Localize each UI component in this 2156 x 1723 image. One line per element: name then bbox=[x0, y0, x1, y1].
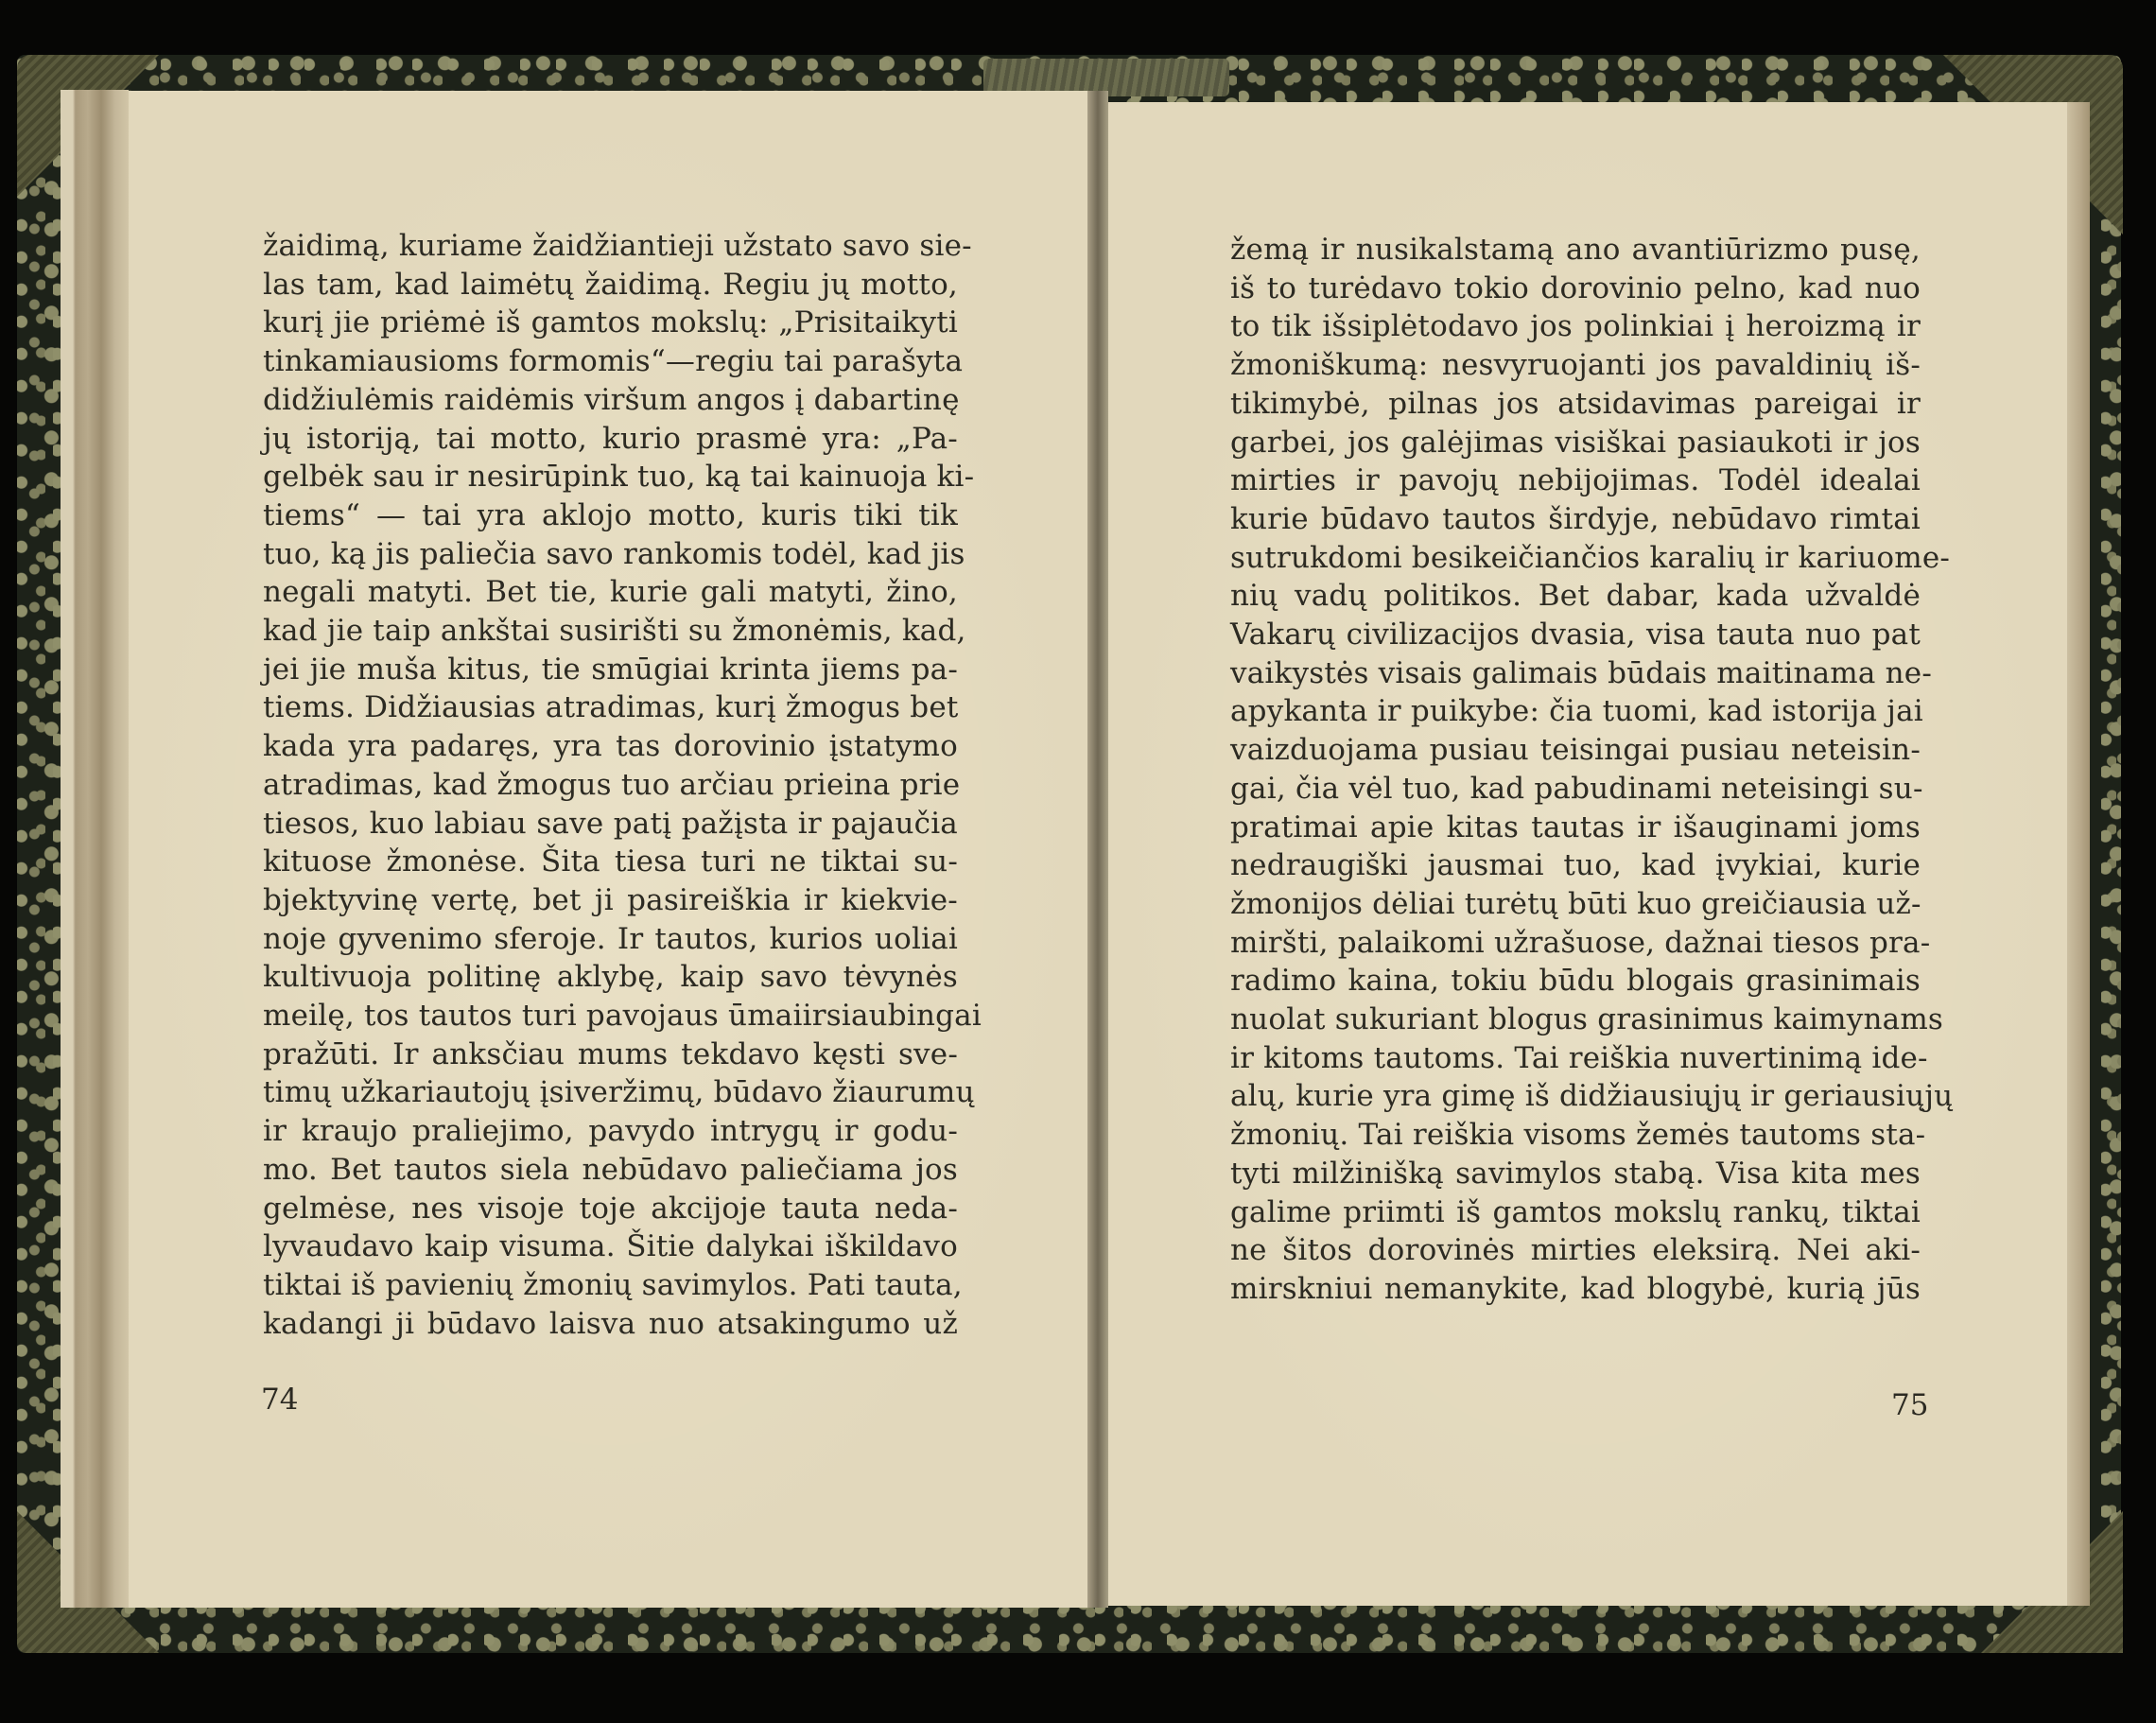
text-line: tinkamiausioms formomis“—regiu tai paraš… bbox=[263, 342, 958, 381]
text-line: nių vadų politikos. Bet dabar, kada užva… bbox=[1230, 577, 1921, 616]
text-line: didžiulėmis raidėmis viršum angos į daba… bbox=[263, 381, 958, 420]
text-line: gai, čia vėl tuo, kad pabudinami neteisi… bbox=[1230, 770, 1921, 809]
text-line: timų užkariautojų įsiveržimų, būdavo žia… bbox=[263, 1073, 958, 1112]
text-line: sutrukdomi besikeičiančios karalių ir ka… bbox=[1230, 539, 1921, 578]
text-line: pratimai apie kitas tautas ir išauginami… bbox=[1230, 809, 1921, 847]
text-line: lyvaudavo kaip visuma. Šitie dalykai išk… bbox=[263, 1227, 958, 1266]
text-line: vaikystės visais galimais būdais maitina… bbox=[1230, 654, 1921, 693]
text-line: kurie būdavo tautos širdyje, nebūdavo ri… bbox=[1230, 500, 1921, 539]
text-line: gelmėse, nes visoje toje akcijoje tauta … bbox=[263, 1190, 958, 1228]
text-line: tiems“ — tai yra aklojo motto, kuris tik… bbox=[263, 496, 958, 535]
text-line: alų, kurie yra gimę iš didžiausiųjų ir g… bbox=[1230, 1077, 1921, 1116]
text-line: jei jie muša kitus, tie smūgiai krinta j… bbox=[263, 651, 958, 689]
text-line: meilę, tos tautos turi pavojaus ūmaiirsi… bbox=[263, 997, 958, 1036]
text-line: mirskniui nemanykite, kad blogybė, kurią… bbox=[1230, 1270, 1921, 1309]
text-line: apykanta ir puikybe: čia tuomi, kad isto… bbox=[1230, 692, 1921, 731]
text-line: kultivuoja politinę aklybę, kaip savo tė… bbox=[263, 958, 958, 997]
text-line: las tam, kad laimėtų žaidimą. Regiu jų m… bbox=[263, 266, 958, 305]
text-line: žemą ir nusikalstamą ano avantiūrizmo pu… bbox=[1230, 231, 1921, 270]
text-line: galime priimti iš gamtos mokslų rankų, t… bbox=[1230, 1193, 1921, 1232]
text-line: nuolat sukuriant blogus grasinimus kaimy… bbox=[1230, 1001, 1921, 1039]
page-stack-edge-left bbox=[61, 90, 129, 1608]
text-line: tikimybė, pilnas jos atsidavimas pareiga… bbox=[1230, 385, 1921, 424]
text-line: kituose žmonėse. Šita tiesa turi ne tikt… bbox=[263, 843, 958, 881]
text-line: nedraugiški jausmai tuo, kad įvykiai, ku… bbox=[1230, 846, 1921, 885]
text-line: kada yra padaręs, yra tas dorovinio įsta… bbox=[263, 727, 958, 766]
text-line: ir kraujo praliejimo, pavydo intrygų ir … bbox=[263, 1112, 958, 1151]
text-line: mirties ir pavojų nebijojimas. Todėl ide… bbox=[1230, 461, 1921, 500]
text-line: vaizduojama pusiau teisingai pusiau nete… bbox=[1230, 731, 1921, 770]
text-line: radimo kaina, tokiu būdu blogais grasini… bbox=[1230, 962, 1921, 1001]
text-line: Vakarų civilizacijos dvasia, visa tauta … bbox=[1230, 616, 1921, 654]
text-line: kad jie taip ankštai susirišti su žmonėm… bbox=[263, 612, 958, 651]
right-page-body: žemą ir nusikalstamą ano avantiūrizmo pu… bbox=[1230, 231, 1921, 1309]
text-line: mo. Bet tautos siela nebūdavo paliečiama… bbox=[263, 1151, 958, 1190]
text-line: to tik išsiplėtodavo jos polinkiai į her… bbox=[1230, 307, 1921, 346]
text-line: tuo, ką jis paliečia savo rankomis todėl… bbox=[263, 535, 958, 574]
text-line: atradimas, kad žmogus tuo arčiau prieina… bbox=[263, 766, 958, 805]
text-line: kadangi ji būdavo laisva nuo atsakingumo… bbox=[263, 1305, 958, 1344]
text-line: iš to turėdavo tokio dorovinio pelno, ka… bbox=[1230, 270, 1921, 308]
text-line: garbei, jos galėjimas visiškai pasiaukot… bbox=[1230, 424, 1921, 462]
text-line: žmonių. Tai reiškia visoms žemės tautoms… bbox=[1230, 1116, 1921, 1155]
page-stack-edge-right bbox=[2065, 102, 2090, 1606]
text-line: bjektyvinę vertę, bet ji pasireiškia ir … bbox=[263, 881, 958, 920]
text-line: gelbėk sau ir nesirūpink tuo, ką tai kai… bbox=[263, 458, 958, 496]
text-line: ne šitos dorovinės mirties eleksirą. Nei… bbox=[1230, 1231, 1921, 1270]
text-line: tyti milžinišką savimylos stabą. Visa ki… bbox=[1230, 1155, 1921, 1193]
text-line: žaidimą, kuriame žaidžiantieji užstato s… bbox=[263, 227, 958, 266]
text-line: negali matyti. Bet tie, kurie gali matyt… bbox=[263, 573, 958, 612]
text-line: tiesos, kuo labiau save patį pažįsta ir … bbox=[263, 805, 958, 844]
text-line: ir kitoms tautoms. Tai reiškia nuvertini… bbox=[1230, 1039, 1921, 1078]
page-number-left: 74 bbox=[261, 1383, 298, 1417]
text-line: žmoniškumą: nesvyruojanti jos pavaldinių… bbox=[1230, 346, 1921, 385]
text-line: kurį jie priėmė iš gamtos mokslų: „Prisi… bbox=[263, 304, 958, 342]
text-line: žmonijos dėliai turėtų būti kuo greičiau… bbox=[1230, 885, 1921, 924]
text-line: miršti, palaikomi užrašuose, dažnai ties… bbox=[1230, 924, 1921, 963]
text-line: tiktai iš pavienių žmonių savimylos. Pat… bbox=[263, 1266, 958, 1305]
book-gutter bbox=[1087, 91, 1108, 1608]
text-line: noje gyvenimo sferoje. Ir tautos, kurios… bbox=[263, 920, 958, 959]
left-page-body: žaidimą, kuriame žaidžiantieji užstato s… bbox=[263, 227, 958, 1343]
text-line: jų istoriją, tai motto, kurio prasmė yra… bbox=[263, 420, 958, 459]
text-line: pražūti. Ir anksčiau mums tekdavo kęsti … bbox=[263, 1036, 958, 1074]
text-line: tiems. Didžiausias atradimas, kurį žmogu… bbox=[263, 688, 958, 727]
page-number-right: 75 bbox=[1891, 1388, 1928, 1422]
